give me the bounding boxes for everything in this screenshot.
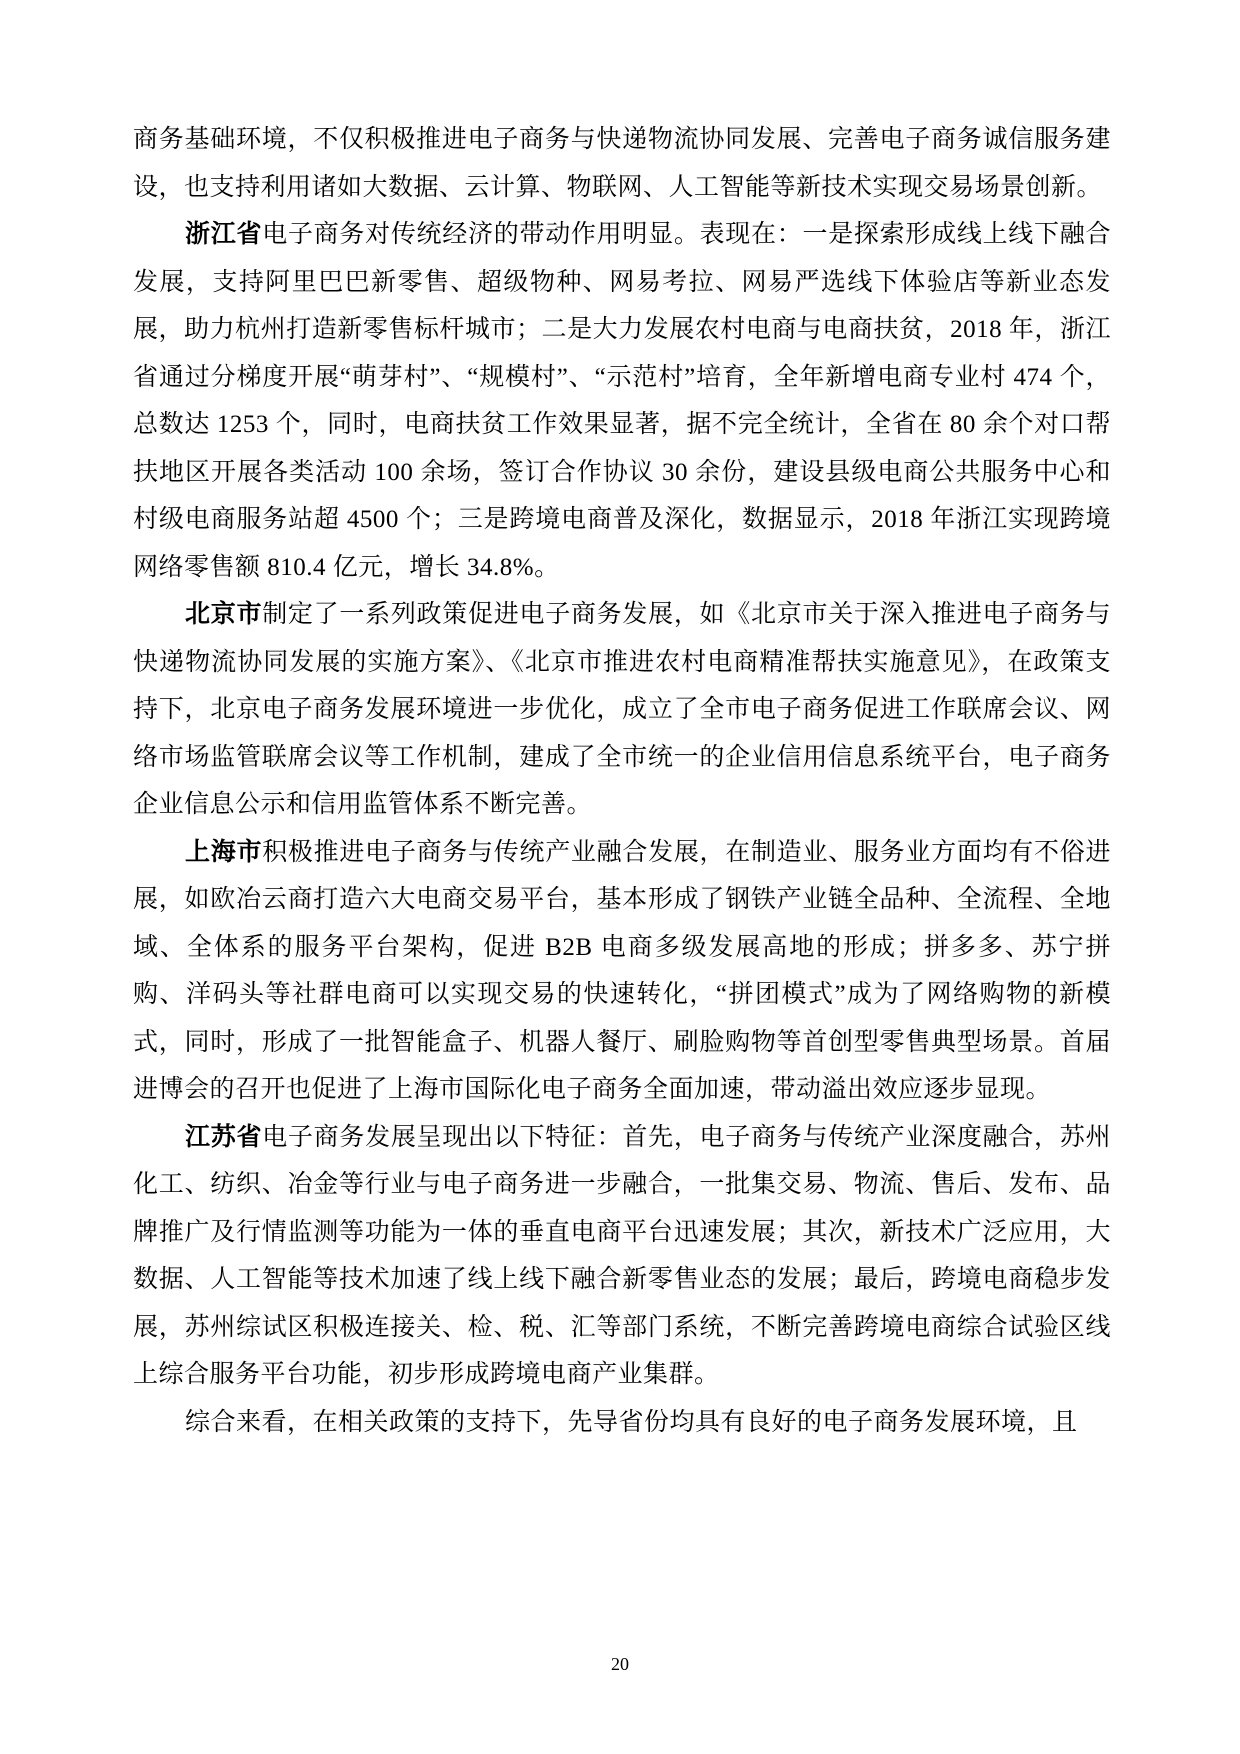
paragraph: 商务基础环境，不仅积极推进电子商务与快递物流协同发展、完善电子商务诚信服务建设，… xyxy=(133,116,1111,211)
paragraph-text: 制定了一系列政策促进电子商务发展，如《北京市关于深入推进电子商务与快递物流协同发… xyxy=(133,601,1111,818)
paragraph: 北京市制定了一系列政策促进电子商务发展，如《北京市关于深入推进电子商务与快递物流… xyxy=(133,591,1111,829)
paragraph: 浙江省电子商务对传统经济的带动作用明显。表现在：一是探索形成线上线下融合发展，支… xyxy=(133,211,1111,591)
province-lead: 上海市 xyxy=(185,839,262,866)
paragraph: 综合来看，在相关政策的支持下，先导省份均具有良好的电子商务发展环境，且 xyxy=(133,1399,1111,1447)
paragraph: 上海市积极推进电子商务与传统产业融合发展，在制造业、服务业方面均有不俗进展，如欧… xyxy=(133,829,1111,1114)
paragraph-text: 电子商务发展呈现出以下特征：首先，电子商务与传统产业深度融合，苏州化工、纺织、冶… xyxy=(133,1124,1111,1389)
paragraph-text: 电子商务对传统经济的带动作用明显。表现在：一是探索形成线上线下融合发展，支持阿里… xyxy=(133,221,1111,581)
province-lead: 北京市 xyxy=(185,601,262,628)
paragraph-text: 商务基础环境，不仅积极推进电子商务与快递物流协同发展、完善电子商务诚信服务建设，… xyxy=(133,126,1111,201)
page-number: 20 xyxy=(0,1652,1240,1676)
province-lead: 江苏省 xyxy=(185,1124,262,1151)
paragraph: 江苏省电子商务发展呈现出以下特征：首先，电子商务与传统产业深度融合，苏州化工、纺… xyxy=(133,1114,1111,1399)
paragraph-text: 综合来看，在相关政策的支持下，先导省份均具有良好的电子商务发展环境，且 xyxy=(185,1409,1078,1436)
page-body-text: 商务基础环境，不仅积极推进电子商务与快递物流协同发展、完善电子商务诚信服务建设，… xyxy=(133,116,1111,1446)
province-lead: 浙江省 xyxy=(185,221,262,248)
document-page: 商务基础环境，不仅积极推进电子商务与快递物流协同发展、完善电子商务诚信服务建设，… xyxy=(0,0,1240,1754)
paragraph-text: 积极推进电子商务与传统产业融合发展，在制造业、服务业方面均有不俗进展，如欧冶云商… xyxy=(133,839,1111,1104)
